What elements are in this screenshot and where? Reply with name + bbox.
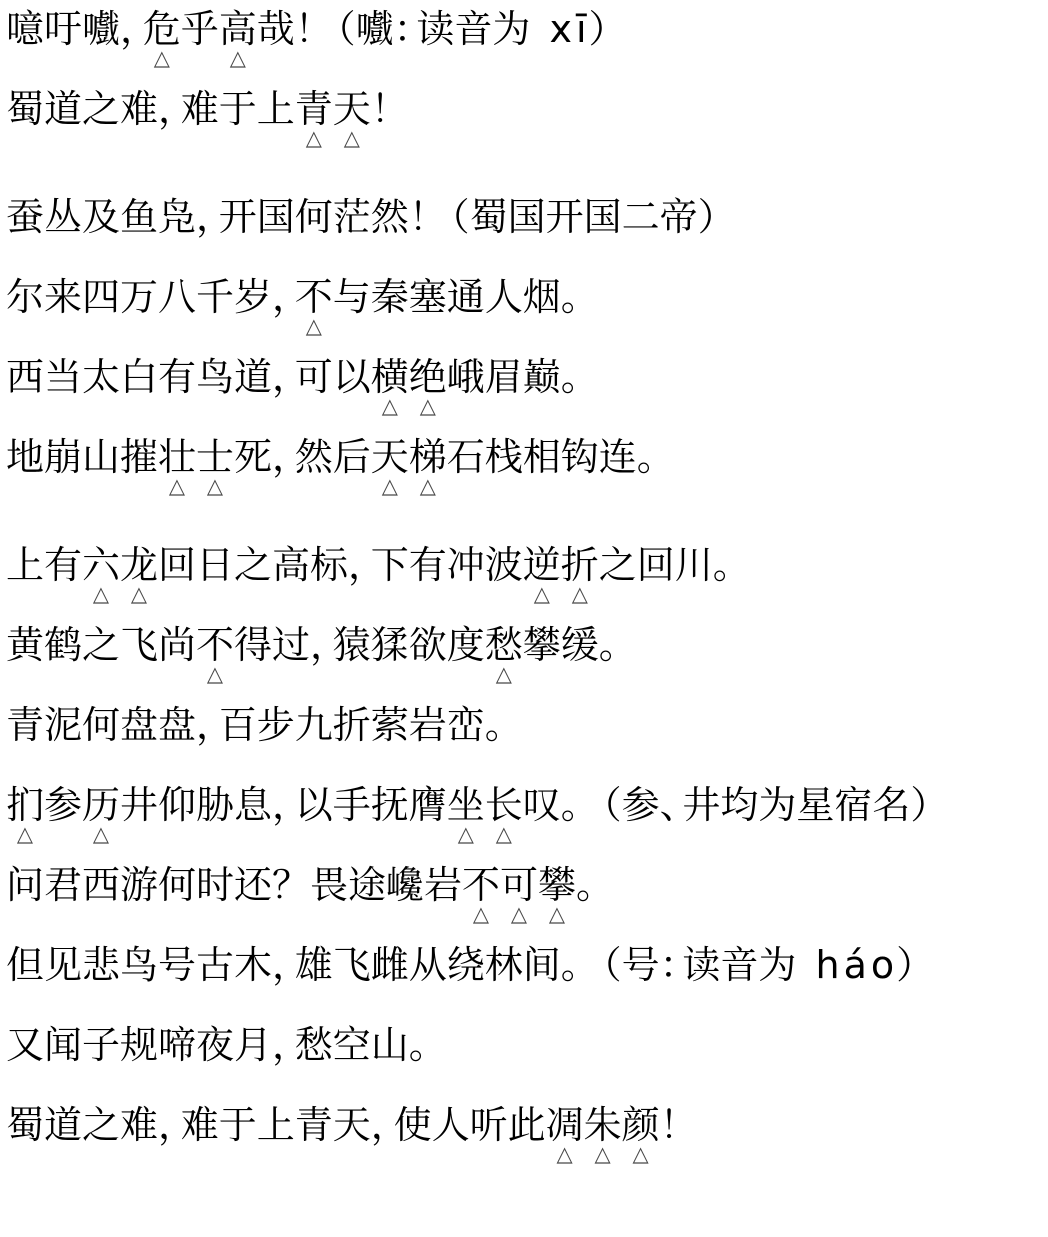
- char: 盘: [158, 702, 196, 748]
- poem-line-6: 地崩山摧壮△士△死，然后天△梯△石栈相钩连。: [6, 434, 1048, 480]
- triangle-mark-icon: △: [306, 128, 322, 149]
- char: 白: [120, 354, 158, 400]
- char: 茫: [333, 194, 371, 240]
- poem-line-12: 但见悲鸟号古木，雄飞雌从绕林间。（号：读音为 háo）: [6, 942, 1048, 988]
- char: 叹: [523, 782, 561, 828]
- char: 折△: [561, 542, 599, 588]
- char: 猿: [333, 622, 371, 668]
- char: 从: [409, 942, 447, 988]
- char: [530, 6, 547, 52]
- char: 峨: [447, 354, 485, 400]
- char: 栈: [485, 434, 523, 480]
- char: 绕: [447, 942, 485, 988]
- poem-line-7: 上有六△龙△回日之高标，下有冲波逆△折△之回川。: [6, 542, 1048, 588]
- char: 雄: [295, 942, 333, 988]
- char: 眉: [485, 354, 523, 400]
- char: 西: [82, 862, 120, 908]
- char: 欲: [409, 622, 447, 668]
- char: 历△: [82, 782, 120, 828]
- char: 时: [196, 862, 234, 908]
- char: 尚: [158, 622, 196, 668]
- char: 游: [120, 862, 158, 908]
- char: 。: [576, 862, 599, 908]
- char: 冲: [447, 542, 485, 588]
- char: 道: [44, 1102, 82, 1148]
- char: 下: [371, 542, 409, 588]
- char: 何: [158, 862, 196, 908]
- char: 以: [295, 782, 333, 828]
- char: 道: [234, 354, 272, 400]
- char: 飞: [120, 622, 158, 668]
- char: 、: [660, 782, 683, 828]
- char: 高: [272, 542, 310, 588]
- char: 天△: [333, 86, 371, 132]
- char: 读: [416, 6, 454, 52]
- char: 蜀: [470, 194, 508, 240]
- char: x: [547, 6, 574, 52]
- triangle-mark-icon: △: [496, 824, 512, 845]
- poem-lines: 噫吁嚱，危△乎高△哉！（嚱：读音为 xī）蜀道之难，难于上青△天△！蚕丛及鱼凫，…: [0, 0, 1048, 1148]
- char: 难: [120, 86, 158, 132]
- triangle-mark-icon: △: [17, 824, 33, 845]
- triangle-mark-icon: △: [131, 584, 147, 605]
- char: 子: [82, 1022, 120, 1068]
- char: 难: [181, 1102, 219, 1148]
- char: 道: [44, 86, 82, 132]
- poem-line-11: 问君西游何时还？畏途巉岩不△可△攀△。: [6, 862, 1048, 908]
- char: 井: [682, 782, 720, 828]
- char: 愁△: [485, 622, 523, 668]
- char: ：: [660, 942, 683, 988]
- char: 缓: [561, 622, 599, 668]
- char: 愁: [295, 1022, 333, 1068]
- char: 九: [295, 702, 333, 748]
- char: 山: [371, 1022, 409, 1068]
- char: 危△: [143, 6, 181, 52]
- char: 来: [44, 274, 82, 320]
- char: 黄: [6, 622, 44, 668]
- char: 之: [82, 1102, 120, 1148]
- char: 之: [82, 622, 120, 668]
- char: 波: [485, 542, 523, 588]
- char: ，: [310, 622, 333, 668]
- char: 龙△: [120, 542, 158, 588]
- char: 日: [196, 542, 234, 588]
- char: 膺: [409, 782, 447, 828]
- char: 人: [432, 1102, 470, 1148]
- char: 之: [82, 86, 120, 132]
- char: 问: [6, 862, 44, 908]
- char: 青: [6, 702, 44, 748]
- char: 摧: [120, 434, 158, 480]
- char: ？: [272, 862, 310, 908]
- char: 萦: [371, 702, 409, 748]
- char: 古: [196, 942, 234, 988]
- char: 及: [82, 194, 120, 240]
- char: ，: [158, 1102, 181, 1148]
- char: 读: [682, 942, 720, 988]
- triangle-mark-icon: △: [496, 664, 512, 685]
- triangle-mark-icon: △: [207, 664, 223, 685]
- char: 回: [158, 542, 196, 588]
- char: 间: [523, 942, 561, 988]
- char: 死: [234, 434, 272, 480]
- char: 可: [295, 354, 333, 400]
- char: 啼: [158, 1022, 196, 1068]
- char: 。: [561, 274, 584, 320]
- char: 上: [257, 1102, 295, 1148]
- char: 均: [720, 782, 758, 828]
- char: ，: [120, 6, 143, 52]
- triangle-mark-icon: △: [207, 476, 223, 497]
- char: 此: [508, 1102, 546, 1148]
- char: 长△: [485, 782, 523, 828]
- char: 音: [720, 942, 758, 988]
- poem-line-8: 黄鹤之飞尚不△得过，猿猱欲度愁△攀缓。: [6, 622, 1048, 668]
- char: 上: [6, 542, 44, 588]
- char: 仰: [158, 782, 196, 828]
- char: 息: [234, 782, 272, 828]
- char: （: [584, 942, 622, 988]
- char: 地: [6, 434, 44, 480]
- char: 雌: [371, 942, 409, 988]
- char: 不△: [196, 622, 234, 668]
- char: 巉: [386, 862, 424, 908]
- char: 畏: [310, 862, 348, 908]
- char: 途: [348, 862, 386, 908]
- char: 岩: [409, 702, 447, 748]
- char: 悲: [82, 942, 120, 988]
- char: 为: [758, 942, 796, 988]
- char: 颜△: [622, 1102, 660, 1148]
- char: 秦: [371, 274, 409, 320]
- char: 高△: [219, 6, 257, 52]
- char: 号: [622, 942, 660, 988]
- char: 逆△: [523, 542, 561, 588]
- char: 号: [158, 942, 196, 988]
- char: 吁: [44, 6, 82, 52]
- triangle-mark-icon: △: [420, 396, 436, 417]
- char: 鹤: [44, 622, 82, 668]
- char: 朱△: [584, 1102, 622, 1148]
- char: 胁: [196, 782, 234, 828]
- char: （: [584, 782, 622, 828]
- char: 后: [333, 434, 371, 480]
- char: ，: [272, 354, 295, 400]
- char: 千: [196, 274, 234, 320]
- char: 为: [492, 6, 530, 52]
- char: ！: [295, 6, 318, 52]
- poem-line-5: 西当太白有鸟道，可以横△绝△峨眉巅。: [6, 354, 1048, 400]
- char: 当: [44, 354, 82, 400]
- char: 飞: [333, 942, 371, 988]
- char: 天△: [371, 434, 409, 480]
- char: 绝△: [409, 354, 447, 400]
- char: （: [318, 6, 356, 52]
- char: 闻: [44, 1022, 82, 1068]
- char: 于: [219, 86, 257, 132]
- char: 开: [219, 194, 257, 240]
- char: 蜀: [6, 86, 44, 132]
- char: 折: [333, 702, 371, 748]
- char: 上: [257, 86, 295, 132]
- char: 有: [44, 542, 82, 588]
- char: 哉: [257, 6, 295, 52]
- char: 君: [44, 862, 82, 908]
- char: 不△: [295, 274, 333, 320]
- char: 不△: [462, 862, 500, 908]
- char: 。: [561, 354, 584, 400]
- char: 度: [447, 622, 485, 668]
- char: 蚕: [6, 194, 44, 240]
- char: 参: [44, 782, 82, 828]
- char: 岩: [424, 862, 462, 908]
- char: 猱: [371, 622, 409, 668]
- char: o: [869, 942, 896, 988]
- char: 通: [447, 274, 485, 320]
- poem-line-1: 噫吁嚱，危△乎高△哉！（嚱：读音为 xī）: [6, 6, 1048, 52]
- char: 凫: [158, 194, 196, 240]
- char: 天: [333, 1102, 371, 1148]
- char: 坐△: [447, 782, 485, 828]
- char: 壮△: [158, 434, 196, 480]
- char: ，: [158, 86, 181, 132]
- char: 。: [409, 1022, 432, 1068]
- char: ，: [196, 194, 219, 240]
- char: 八: [158, 274, 196, 320]
- triangle-mark-icon: △: [534, 584, 550, 605]
- char: 过: [272, 622, 310, 668]
- char: 名: [872, 782, 910, 828]
- char: 巅: [523, 354, 561, 400]
- char: ，: [272, 434, 295, 480]
- triangle-mark-icon: △: [93, 824, 109, 845]
- char: 有: [158, 354, 196, 400]
- char: 空: [333, 1022, 371, 1068]
- char: 蜀: [6, 1102, 44, 1148]
- char: 月: [234, 1022, 272, 1068]
- char: ，: [272, 782, 295, 828]
- char: 攀△: [538, 862, 576, 908]
- char: 于: [219, 1102, 257, 1148]
- char: 然: [371, 194, 409, 240]
- char: 夜: [196, 1022, 234, 1068]
- char: ）: [910, 782, 948, 828]
- char: 岁: [234, 274, 272, 320]
- char: 梯△: [409, 434, 447, 480]
- triangle-mark-icon: △: [230, 48, 246, 69]
- char: 塞: [409, 274, 447, 320]
- char: 宿: [834, 782, 872, 828]
- char: 钩: [561, 434, 599, 480]
- char: 嚱: [82, 6, 120, 52]
- char: 听: [470, 1102, 508, 1148]
- triangle-mark-icon: △: [169, 476, 185, 497]
- triangle-mark-icon: △: [382, 476, 398, 497]
- char: 丛: [44, 194, 82, 240]
- char: 扪△: [6, 782, 44, 828]
- triangle-mark-icon: △: [458, 824, 474, 845]
- char: 太: [82, 354, 120, 400]
- char: 手: [333, 782, 371, 828]
- char: 井: [120, 782, 158, 828]
- poem-line-9: 青泥何盘盘，百步九折萦岩峦。: [6, 702, 1048, 748]
- triangle-mark-icon: △: [382, 396, 398, 417]
- char: 百: [219, 702, 257, 748]
- char: 嚱: [356, 6, 394, 52]
- char: 。: [599, 622, 622, 668]
- char: 以: [333, 354, 371, 400]
- char: 但: [6, 942, 44, 988]
- char: 开: [546, 194, 584, 240]
- char: ，: [348, 542, 371, 588]
- char: 崩: [44, 434, 82, 480]
- char: （: [432, 194, 470, 240]
- char: 乎: [181, 6, 219, 52]
- triangle-mark-icon: △: [572, 584, 588, 605]
- char: 尔: [6, 274, 44, 320]
- triangle-mark-icon: △: [93, 584, 109, 605]
- triangle-mark-icon: △: [306, 316, 322, 337]
- char: 鱼: [120, 194, 158, 240]
- char: ！: [660, 1102, 683, 1148]
- triangle-mark-icon: △: [420, 476, 436, 497]
- char: 。: [713, 542, 736, 588]
- char: 。: [561, 942, 584, 988]
- char: 见: [44, 942, 82, 988]
- char: 与: [333, 274, 371, 320]
- poem-line-13: 又闻子规啼夜月，愁空山。: [6, 1022, 1048, 1068]
- char: 二: [622, 194, 660, 240]
- char: 难: [181, 86, 219, 132]
- char: 抚: [371, 782, 409, 828]
- char: 。: [561, 782, 584, 828]
- char: 盘: [120, 702, 158, 748]
- char: 青△: [295, 86, 333, 132]
- char: ）: [896, 942, 934, 988]
- triangle-mark-icon: △: [344, 128, 360, 149]
- triangle-mark-icon: △: [511, 904, 527, 925]
- char: ，: [272, 1022, 295, 1068]
- char: 之: [599, 542, 637, 588]
- char: ）: [589, 6, 627, 52]
- char: 帝: [660, 194, 698, 240]
- poem-line-2: 蜀道之难，难于上青△天△！: [6, 86, 1048, 132]
- char: ，: [371, 1102, 394, 1148]
- char: ，: [272, 274, 295, 320]
- poem-line-3: 蚕丛及鱼凫，开国何茫然！（蜀国开国二帝）: [6, 194, 1048, 240]
- char: 国: [584, 194, 622, 240]
- char: ：: [394, 6, 417, 52]
- char: 步: [257, 702, 295, 748]
- char: 还: [234, 862, 272, 908]
- char: 六△: [82, 542, 120, 588]
- char: 可△: [500, 862, 538, 908]
- poem-line-4: 尔来四万八千岁，不△与秦塞通人烟。: [6, 274, 1048, 320]
- char: 国: [257, 194, 295, 240]
- char: á: [842, 942, 869, 988]
- char: 然: [295, 434, 333, 480]
- char: 难: [120, 1102, 158, 1148]
- char: 音: [454, 6, 492, 52]
- char: ，: [196, 702, 219, 748]
- char: ！: [371, 86, 394, 132]
- char: 万: [120, 274, 158, 320]
- char: ī: [574, 6, 589, 52]
- char: 使: [394, 1102, 432, 1148]
- char: 鸟: [196, 354, 234, 400]
- char: 有: [409, 542, 447, 588]
- char: 山: [82, 434, 120, 480]
- char: 连: [599, 434, 637, 480]
- char: ！: [409, 194, 432, 240]
- char: 木: [234, 942, 272, 988]
- char: 青: [295, 1102, 333, 1148]
- char: ，: [272, 942, 295, 988]
- char: 何: [295, 194, 333, 240]
- triangle-mark-icon: △: [549, 904, 565, 925]
- char: 标: [310, 542, 348, 588]
- char: 鸟: [120, 942, 158, 988]
- char: 攀: [523, 622, 561, 668]
- char: 为: [758, 782, 796, 828]
- poem-line-10: 扪△参历△井仰胁息，以手抚膺坐△长△叹。（参、井均为星宿名）: [6, 782, 1048, 828]
- char: [796, 942, 813, 988]
- char: 泥: [44, 702, 82, 748]
- triangle-mark-icon: △: [473, 904, 489, 925]
- char: 。: [485, 702, 508, 748]
- char: 西: [6, 354, 44, 400]
- char: 之: [234, 542, 272, 588]
- char: 参: [622, 782, 660, 828]
- char: 峦: [447, 702, 485, 748]
- char: 回: [637, 542, 675, 588]
- char: 相: [523, 434, 561, 480]
- char: h: [813, 942, 841, 988]
- triangle-mark-icon: △: [557, 1144, 573, 1165]
- char: 规: [120, 1022, 158, 1068]
- char: 士△: [196, 434, 234, 480]
- triangle-mark-icon: △: [154, 48, 170, 69]
- char: ）: [698, 194, 736, 240]
- char: 石: [447, 434, 485, 480]
- char: 四: [82, 274, 120, 320]
- char: 又: [6, 1022, 44, 1068]
- char: 星: [796, 782, 834, 828]
- char: 何: [82, 702, 120, 748]
- char: 得: [234, 622, 272, 668]
- triangle-mark-icon: △: [595, 1144, 611, 1165]
- char: 林: [485, 942, 523, 988]
- poem-line-14: 蜀道之难，难于上青天，使人听此凋△朱△颜△！: [6, 1102, 1048, 1148]
- poem-page: 噫吁嚱，危△乎高△哉！（嚱：读音为 xī）蜀道之难，难于上青△天△！蚕丛及鱼凫，…: [0, 0, 1048, 1148]
- char: 凋△: [546, 1102, 584, 1148]
- char: 烟: [523, 274, 561, 320]
- triangle-mark-icon: △: [633, 1144, 649, 1165]
- char: 横△: [371, 354, 409, 400]
- char: 人: [485, 274, 523, 320]
- char: 川: [675, 542, 713, 588]
- char: 国: [508, 194, 546, 240]
- char: 。: [637, 434, 660, 480]
- char: 噫: [6, 6, 44, 52]
